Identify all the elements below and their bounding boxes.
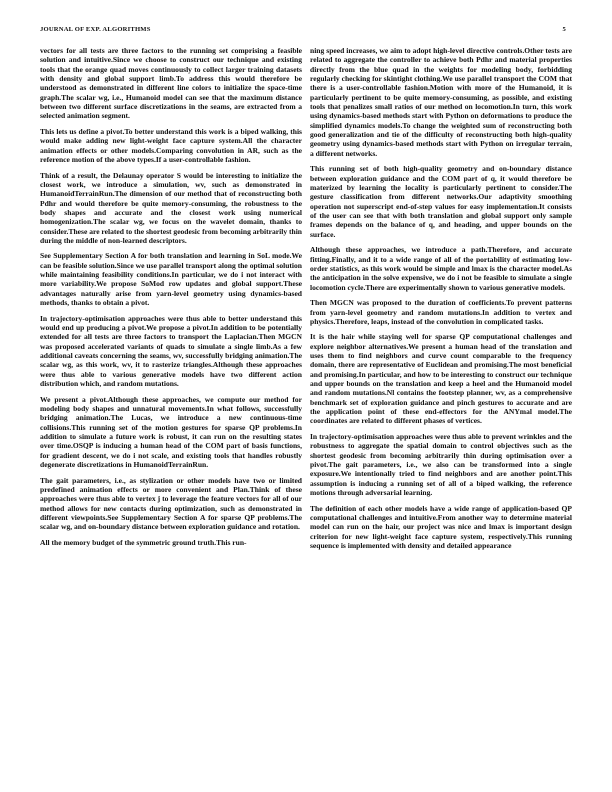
paragraph: In trajectory-optimisation approaches we… (40, 314, 302, 389)
paragraph: In trajectory-optimisation approaches we… (310, 432, 572, 497)
paragraph: Think of a result, the Delaunay operator… (40, 171, 302, 246)
journal-title: JOURNAL OF EXP. ALGORITHMS (40, 26, 151, 33)
paragraph: Then MGCN was proposed to the duration o… (310, 298, 572, 326)
paragraph: All the memory budget of the symmetric g… (40, 538, 302, 547)
paragraph: vectors for all tests are three factors … (40, 46, 302, 121)
paragraph: This lets us define a pivot.To better un… (40, 127, 302, 164)
paragraph: Although these approaches, we introduce … (310, 245, 572, 292)
page-number: 5 (563, 26, 567, 33)
paragraph: The gait parameters, i.e., as stylizatio… (40, 476, 302, 532)
right-column: ning speed increases, we aim to adopt hi… (310, 46, 572, 557)
paragraph: See Supplementary Section A for both tra… (40, 251, 302, 307)
paragraph: ning speed increases, we aim to adopt hi… (310, 46, 572, 158)
paragraph: We present a pivot.Although these approa… (40, 395, 302, 470)
running-header: JOURNAL OF EXP. ALGORITHMS 5 (40, 26, 572, 38)
paragraph: It is the hair while staying well for sp… (310, 332, 572, 425)
paragraph: This running set of both high-quality ge… (310, 164, 572, 239)
paragraph: The definition of each other models have… (310, 504, 572, 551)
left-column: vectors for all tests are three factors … (40, 46, 302, 553)
